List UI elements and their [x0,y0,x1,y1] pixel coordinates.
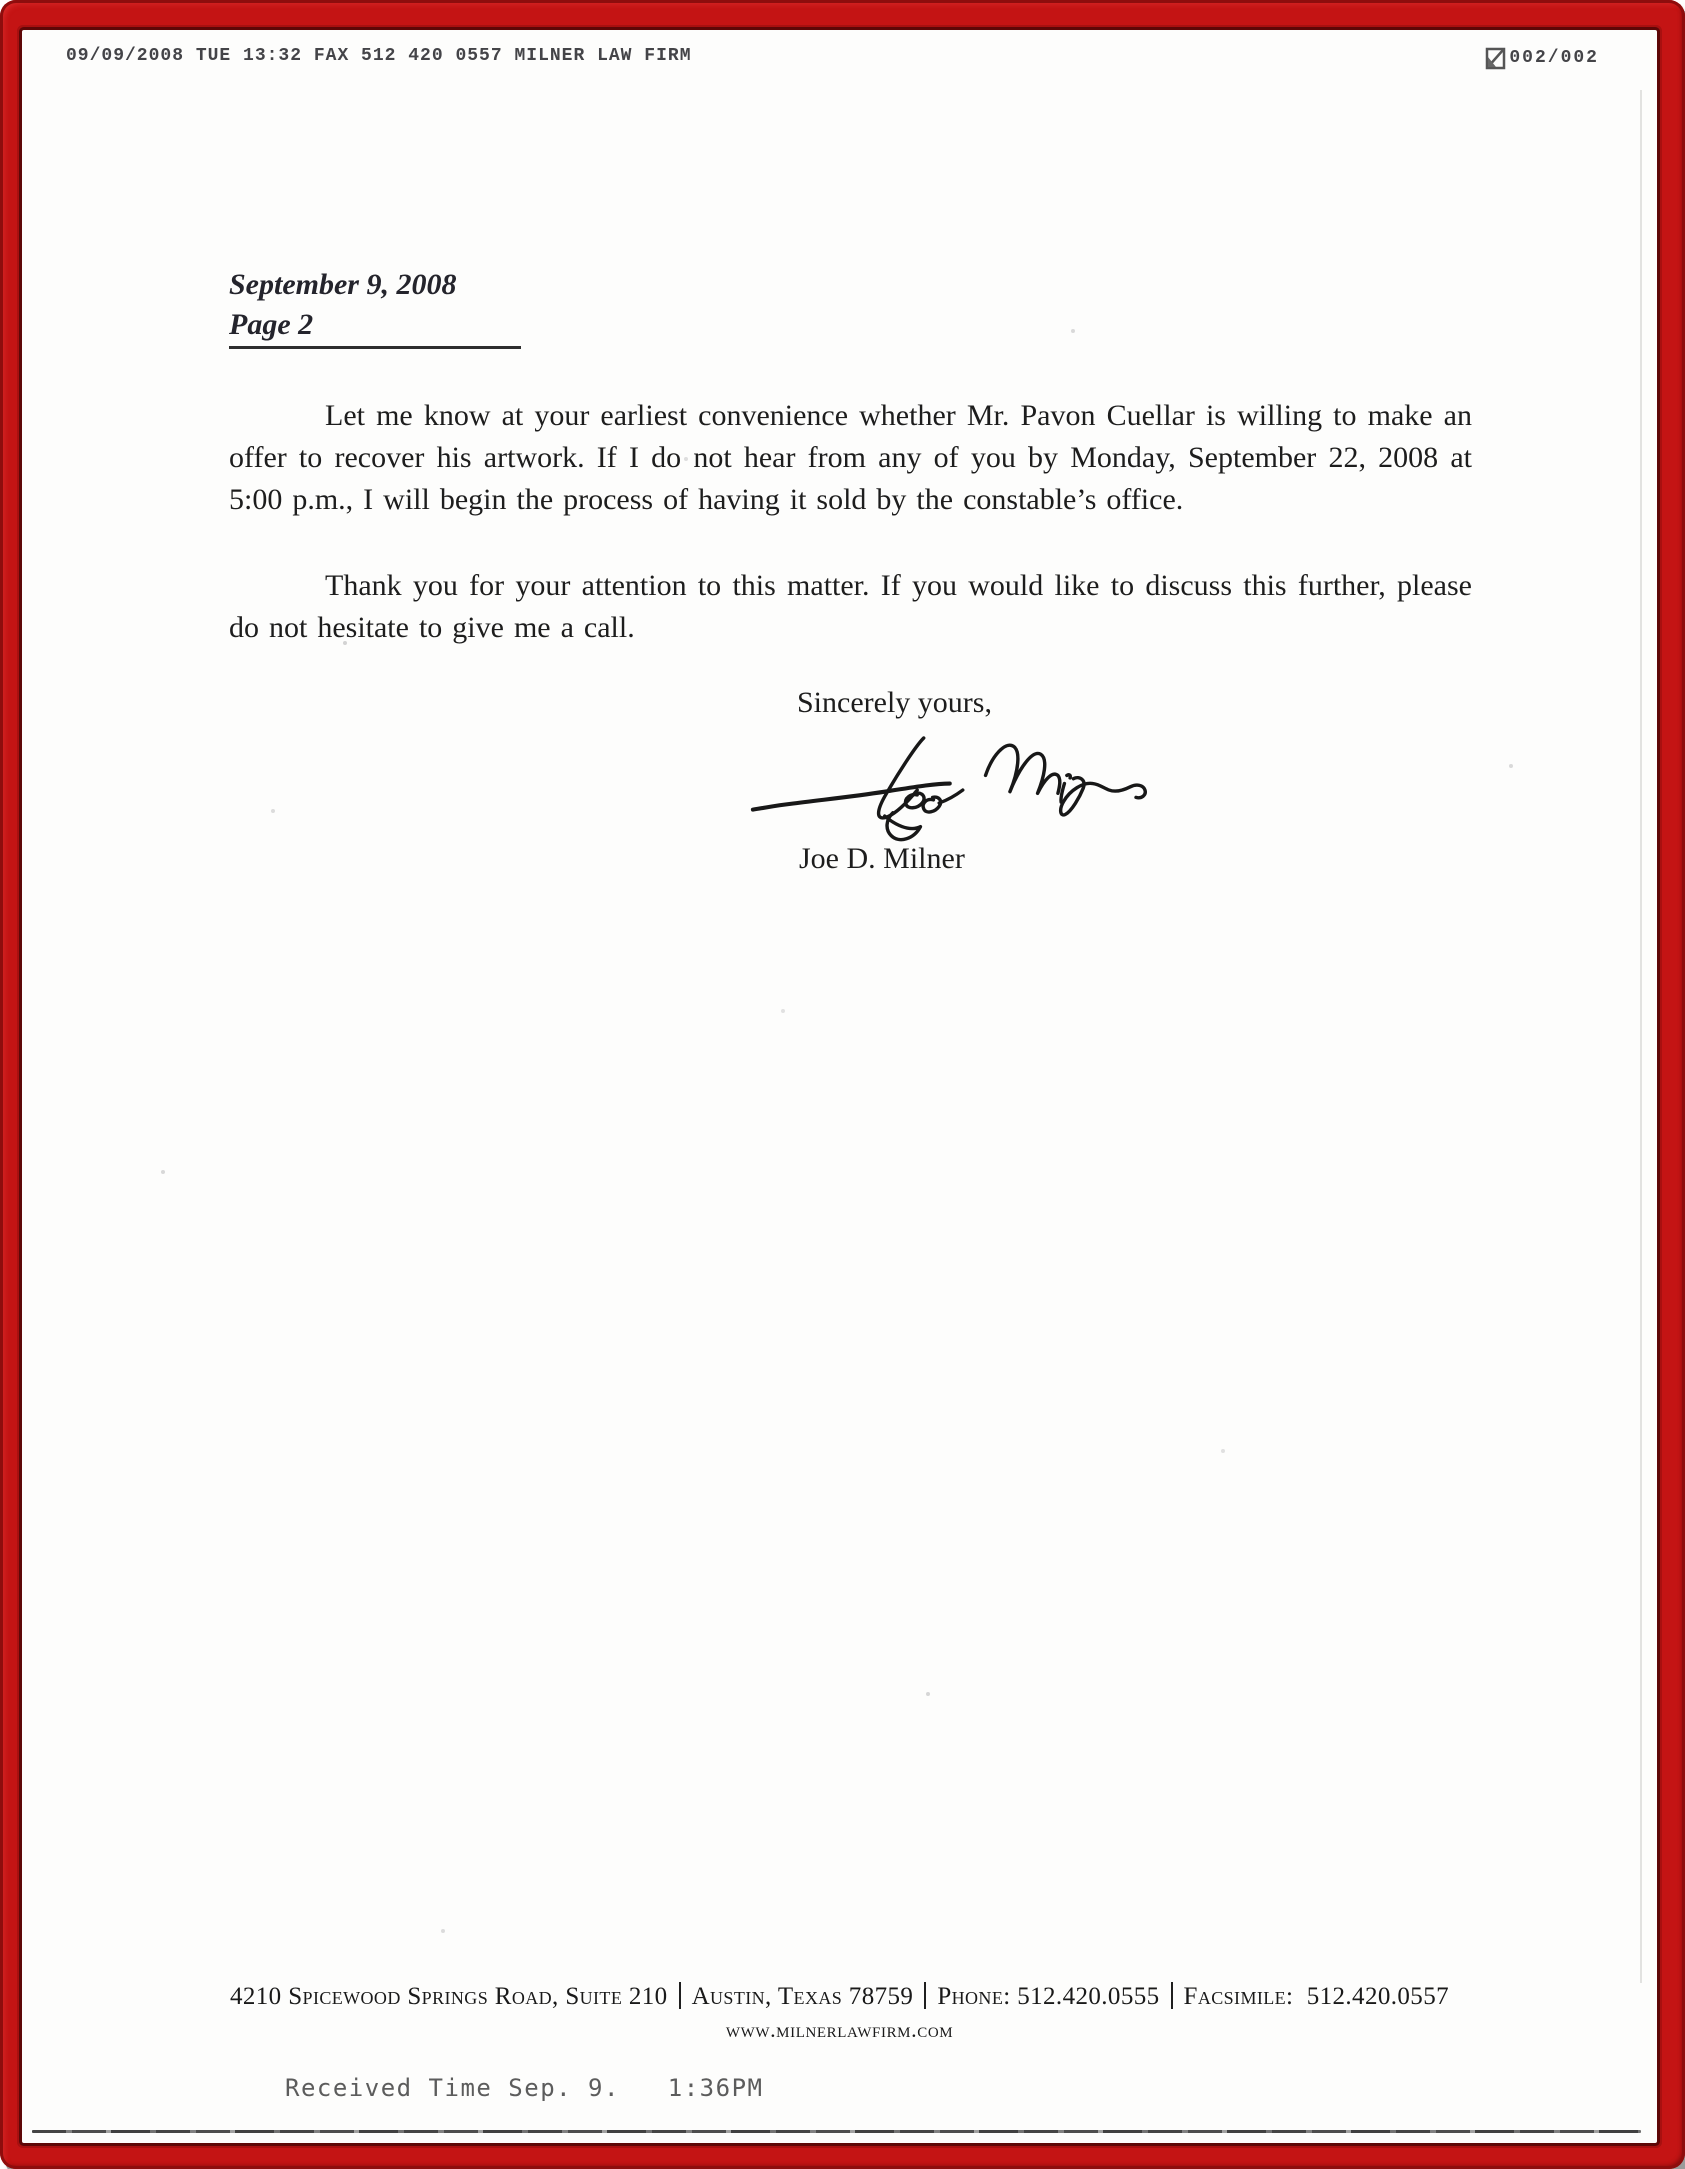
letter-page-number: Page 2 [229,307,521,349]
fax-page: 09/09/2008 TUE 13:32 FAX 512 420 0557 MI… [22,30,1657,2143]
page-icon [1485,47,1506,70]
red-scan-frame: 09/09/2008 TUE 13:32 FAX 512 420 0557 MI… [0,0,1685,2169]
letter-paragraph-1: Let me know at your earliest convenience… [229,395,1472,521]
footer-divider [924,1982,926,2009]
footer-city: Austin, Texas 78759 [692,1983,914,2011]
signer-name: Joe D. Milner [799,839,1472,879]
letterhead-footer: 4210 Spicewood Springs Road, Suite 210Au… [22,1982,1657,2043]
footer-contact-line: 4210 Spicewood Springs Road, Suite 210Au… [22,1982,1657,2011]
letter-paragraph-2: Thank you for your attention to this mat… [229,565,1472,649]
footer-divider [1171,1982,1173,2009]
footer-website: www.milnerlawfirm.com [22,2017,1657,2043]
received-time-stamp: Received Time Sep. 9. 1:36PM [285,2074,763,2102]
scan-noise [22,30,24,32]
letter-heading: September 9, 2008 Page 2 [229,266,1472,349]
closing-block: Sincerely yours, Joe D. Milner [797,683,1472,879]
footer-divider [679,1982,681,2009]
footer-phone-label: Phone: [937,1983,1010,2011]
fax-page-count: 002/002 [1509,48,1599,68]
footer-facsimile-number: 512.420.0557 [1307,1983,1449,2011]
signature-joe-milner-icon [707,725,1212,847]
paper-edge-artifact [1640,90,1642,1983]
footer-facsimile-label: Facsimile: [1184,1983,1294,2011]
closing-salutation: Sincerely yours, [797,683,1472,723]
scan-artifact-line [32,2130,1641,2133]
footer-phone-number: 512.420.0555 [1017,1983,1159,2011]
fax-page-indicator: 002/002 [1485,46,1599,70]
fax-transmission-header: 09/09/2008 TUE 13:32 FAX 512 420 0557 MI… [66,46,1599,70]
footer-address: 4210 Spicewood Springs Road, Suite 210 [230,1983,668,2011]
letter-date: September 9, 2008 [229,266,1472,304]
fax-scan-screenshot: 09/09/2008 TUE 13:32 FAX 512 420 0557 MI… [0,0,1685,2169]
fax-transmission-info: 09/09/2008 TUE 13:32 FAX 512 420 0557 MI… [66,46,692,66]
letter-body: September 9, 2008 Page 2 Let me know at … [229,266,1472,879]
